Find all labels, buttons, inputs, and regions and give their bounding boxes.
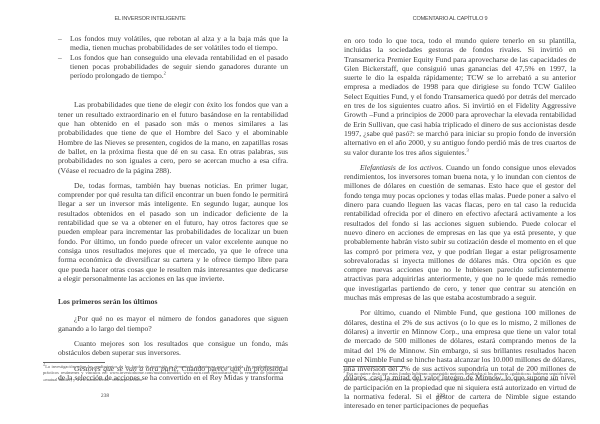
footnote-ref[interactable]: 3 (467, 147, 469, 152)
footnote: 2La investigación sobre los rendimientos… (43, 364, 283, 383)
list-item: Los fondos que han conseguido una elevad… (58, 53, 288, 81)
running-header: EL INVERSOR INTELIGENTE (0, 16, 300, 22)
paragraph: Elefantiasis de los activos. Cuando un f… (344, 163, 576, 302)
page-body: Los fondos muy volátiles, que rebotan al… (58, 34, 288, 388)
paragraph-lead-italic: Elefantiasis de los activos. (360, 163, 443, 172)
footnote-ref[interactable]: 2 (164, 71, 166, 76)
list-item: Los fondos muy volátiles, que rebotan al… (58, 34, 288, 53)
footnote: 3 Eso no quiere decir que estos fondos h… (343, 371, 575, 384)
right-page: COMENTARIO AL CAPÍTULO 9 en oro todo lo … (300, 0, 600, 424)
paragraph: ¿Por qué no es mayor el número de fondos… (58, 314, 288, 333)
section-title: Los primeros serán los últimos (58, 297, 288, 306)
footnote-divider (43, 362, 105, 363)
page-number: 239 (291, 393, 591, 399)
paragraph: Las probabilidades que tiene de elegir c… (58, 100, 288, 174)
bullet-list: Los fondos muy volátiles, que rebotan al… (58, 34, 288, 80)
footnote-divider (343, 366, 405, 367)
page-number: 238 (0, 393, 255, 399)
page-body: en oro todo lo que toca, todo el mundo q… (344, 36, 576, 417)
running-header: COMENTARIO AL CAPÍTULO 9 (300, 16, 600, 22)
paragraph: De, todas formas, también hay buenas not… (58, 181, 288, 283)
left-page: EL INVERSOR INTELIGENTE Los fondos muy v… (0, 0, 300, 424)
paragraph: Cuanto mejores son los resultados que co… (58, 339, 288, 358)
paragraph: en oro todo lo que toca, todo el mundo q… (344, 36, 576, 157)
